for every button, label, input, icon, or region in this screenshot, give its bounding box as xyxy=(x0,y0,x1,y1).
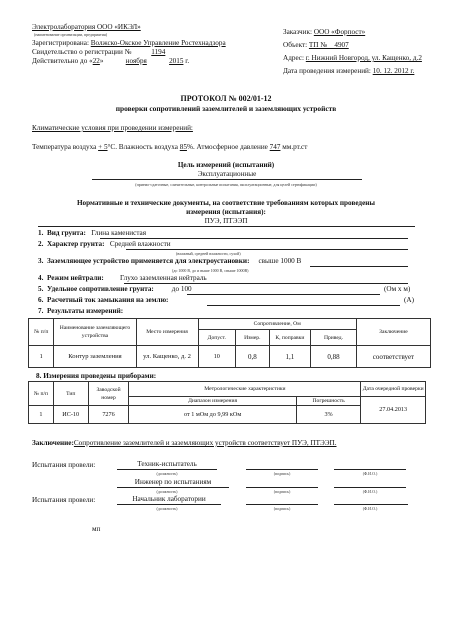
col-allowed: Допуст. xyxy=(198,330,236,346)
item-5-unit: (Ом х м) xyxy=(384,285,410,293)
item-3-caption: (до 1000 В, до и выше 1000 В, свыше 1000… xyxy=(172,268,249,273)
item-1-underline xyxy=(100,238,408,239)
sign-position-2: Инженер по испытаниям xyxy=(117,478,229,486)
cell-allowed: 10 xyxy=(198,346,236,368)
col-inst-type: Тип xyxy=(53,382,88,406)
sign-name-caption-2: (Ф.И.О.) xyxy=(334,489,406,494)
stamp-mark: мп xyxy=(92,525,100,533)
cell-inst-num: 1 xyxy=(29,406,54,424)
purpose-heading: Цель измерений (испытаний) xyxy=(0,161,452,169)
valid-line: Действительно до «22» ноября 2015 г. xyxy=(32,57,189,65)
sign-signature-line-2[interactable] xyxy=(246,487,318,488)
item-7-label: Результаты измерений: xyxy=(47,307,123,315)
conclusion-value: Сопротивление заземлителей и заземляющих… xyxy=(74,439,337,447)
date-value: 10. 12. 2012 г. xyxy=(373,67,415,75)
protocol-subtitle: проверки сопротивлений заземлителей и за… xyxy=(0,104,452,113)
valid-year: 2015 xyxy=(169,57,183,65)
item-4-underline xyxy=(124,283,408,284)
valid-label: Действительно до « xyxy=(32,57,93,65)
item-6-num: 6. xyxy=(38,296,43,304)
address-label: Адрес: xyxy=(283,54,306,62)
temp-unit: °С. Влажность воздуха xyxy=(108,143,178,151)
date-line: Дата проведения измерений: 10. 12. 2012 … xyxy=(283,67,414,75)
cell-inst-serial: 7276 xyxy=(88,406,129,424)
item-6-underline xyxy=(207,305,400,306)
customer-value: ООО «Форпост» xyxy=(314,28,365,36)
item-2-label: Характер грунта: xyxy=(47,240,105,248)
col-inst-num: № п/п xyxy=(29,382,54,406)
item-1-num: 1. xyxy=(38,229,43,237)
cell-coef: 1,1 xyxy=(269,346,311,368)
customer-line: Заказчик: ООО «Форпост» xyxy=(283,28,365,36)
registered-line: Зарегистрирована: Волжско-Окское Управле… xyxy=(32,39,226,47)
sign-position-2-line xyxy=(117,487,229,488)
norms-heading-2: измерения (испытания): xyxy=(0,208,452,216)
col-coef: К, поправки xyxy=(269,330,311,346)
cell-place: ул. Кащенко, д. 2 xyxy=(136,346,198,368)
sign-label-1: Испытания провели: xyxy=(32,461,95,469)
address-line: Адрес: г. Нижний Новгород, ул. Кащенко, … xyxy=(283,54,422,62)
item-5-label: Удельное сопротивление грунта: xyxy=(47,285,154,293)
item-5-underline xyxy=(187,294,380,295)
sign-label-3: Испытания провели: xyxy=(32,496,95,504)
valid-mid: » xyxy=(100,57,104,65)
lab-name: Электролаборатория ООО «ИКЭЛ» xyxy=(32,23,141,31)
conclusion-line: Заключение:Сопротивление заземлителей и … xyxy=(32,439,337,447)
col-num: № п/п xyxy=(29,319,54,346)
sign-position-3-line xyxy=(117,504,221,505)
certificate-label: Свидетельство о регистрации № xyxy=(32,48,132,56)
item-3-label: Заземляющее устройство применяется для э… xyxy=(47,257,249,265)
conclusion-label: Заключение: xyxy=(32,439,74,447)
lab-caption: (наименование организации, предприятия) xyxy=(34,32,107,37)
col-inst-serial: Заводской номер xyxy=(88,382,129,406)
norms-value: ПУЭ, ПТЭЭП xyxy=(0,217,452,225)
norms-heading-1: Нормативные и технические документы, на … xyxy=(0,199,452,207)
item-5-value: до 100 xyxy=(172,285,192,293)
sign-signature-caption-1: (подпись) xyxy=(246,471,318,476)
col-place: Место измерения xyxy=(136,319,198,346)
cell-inst-type: ИС-10 xyxy=(53,406,88,424)
customer-label: Заказчик: xyxy=(283,28,314,36)
pressure-unit: мм.рт.ст xyxy=(282,143,307,151)
item-7-num: 7. xyxy=(38,307,43,315)
cell-measured: 0,8 xyxy=(236,346,270,368)
sign-signature-caption-3: (подпись) xyxy=(246,506,318,511)
purpose-value: Эксплуатационные xyxy=(92,170,362,178)
object-value: ТП № 4907 xyxy=(309,41,349,49)
sign-position-1-line xyxy=(117,469,217,470)
sign-position-caption-3: (должность) xyxy=(117,506,217,511)
cell-error: 3% xyxy=(296,406,361,424)
item-3-underline xyxy=(310,266,408,267)
certificate-value: 1194 xyxy=(133,48,183,56)
cell-reduced: 0,88 xyxy=(311,346,357,368)
object-label: Объект: xyxy=(283,41,309,49)
sign-name-line-1[interactable] xyxy=(334,469,406,470)
climate-heading: Климатические условия при проведении изм… xyxy=(32,124,193,132)
sign-name-caption-3: (Ф.И.О.) xyxy=(334,506,406,511)
item-5: 5. Удельное сопротивление грунта: до 100 xyxy=(38,285,192,293)
item-1-value: Глина каменистая xyxy=(91,229,146,237)
col-metrology: Метрологические характеристики xyxy=(129,382,361,397)
item-6-unit: (А) xyxy=(404,296,414,304)
cell-num: 1 xyxy=(29,346,54,368)
valid-suffix: г. xyxy=(185,57,189,65)
climate-line: Температура воздуха + 5°С. Влажность воз… xyxy=(32,143,307,151)
date-label: Дата проведения измерений: xyxy=(283,67,373,75)
col-next-check: Дата очередной проверки xyxy=(361,382,426,397)
valid-day: 22 xyxy=(93,57,100,65)
valid-month: ноября xyxy=(105,57,167,65)
sign-signature-line-1[interactable] xyxy=(246,469,318,470)
results-table: № п/п Наименование заземляющего устройст… xyxy=(28,318,431,368)
cell-conclusion: соответствует xyxy=(356,346,430,368)
item-3-num: 3. xyxy=(38,257,43,265)
sign-position-caption-1: (должность) xyxy=(117,471,217,476)
temp-label: Температура воздуха xyxy=(32,143,96,151)
item-6-label: Расчетный ток замыкания на землю: xyxy=(47,296,168,304)
cell-next-check: 27.04.2013 xyxy=(361,397,426,424)
instruments-table: № п/п Тип Заводской номер Метрологически… xyxy=(28,381,426,424)
item-4: 4. Режим нейтрали: Глухо заземленная ней… xyxy=(38,274,207,282)
sign-name-line-3[interactable] xyxy=(334,504,408,505)
item-5-num: 5. xyxy=(38,285,43,293)
col-measured: Измер. xyxy=(236,330,270,346)
sign-signature-line-3[interactable] xyxy=(246,504,318,505)
humidity-unit: %. Атмосферное давление xyxy=(187,143,268,151)
certificate-line: Свидетельство о регистрации № 1194 xyxy=(32,48,183,56)
col-reduced: Привед. xyxy=(311,330,357,346)
pressure-value: 747 xyxy=(270,143,281,151)
sign-position-caption-2: (должность) xyxy=(117,489,217,494)
item-4-num: 4. xyxy=(38,274,43,282)
sign-signature-caption-2: (подпись) xyxy=(246,489,318,494)
item-6: 6. Расчетный ток замыкания на землю: xyxy=(38,296,168,304)
sign-position-1: Техник-испытатель xyxy=(117,460,217,468)
cell-name: Контур заземления xyxy=(54,346,136,368)
col-range: Диапазон измерения xyxy=(129,397,296,406)
object-line: Объект: ТП № 4907 xyxy=(283,41,349,49)
item-3-value: свыше 1000 В xyxy=(258,257,301,265)
item-2: 2. Характер грунта: Средней влажности xyxy=(38,240,171,248)
col-name: Наименование заземляющего устройства xyxy=(54,319,136,346)
purpose-underline xyxy=(92,179,362,180)
purpose-caption: (приемо-сдаточные, сличительные, контрол… xyxy=(0,182,452,187)
item-4-label: Режим нейтрали: xyxy=(47,274,104,282)
item-1: 1. Вид грунта: Глина каменистая xyxy=(38,229,146,237)
col-resistance: Сопротивление, Ом xyxy=(198,319,356,330)
table-row: 1 Контур заземления ул. Кащенко, д. 2 10… xyxy=(29,346,431,368)
item-7: 7. Результаты измерений: xyxy=(38,307,123,315)
item-2-num: 2. xyxy=(38,240,43,248)
address-value: г. Нижний Новгород, ул. Кащенко, д.2 xyxy=(306,54,422,62)
protocol-title: ПРОТОКОЛ № 002/01-12 xyxy=(0,94,452,103)
col-conclusion: Заключение xyxy=(356,319,430,346)
norms-underline xyxy=(38,226,415,227)
humidity-value: 85 xyxy=(180,143,187,151)
sign-name-line-2[interactable] xyxy=(334,487,406,488)
temp-value: + 5 xyxy=(98,143,107,151)
item-4-value: Глухо заземленная нейтраль xyxy=(120,274,207,282)
sign-name-caption-1: (Ф.И.О.) xyxy=(334,471,406,476)
cell-range: от 1 мОм до 9,99 кОм xyxy=(129,406,296,424)
registered-value: Волжско-Окское Управление Ростехнадзора xyxy=(91,39,226,47)
item-3: 3. Заземляющее устройство применяется дл… xyxy=(38,257,301,265)
registered-label: Зарегистрирована: xyxy=(32,39,91,47)
item-1-label: Вид грунта: xyxy=(47,229,86,237)
sign-position-3: Начальник лаборатории xyxy=(117,495,221,503)
item-2-caption: (влажный, средней влажности, сухой) xyxy=(176,251,241,256)
col-error: Погрешность xyxy=(296,397,361,406)
instruments-heading: 8. Измерения проведены приборами: xyxy=(36,372,156,380)
item-2-value: Средней влажности xyxy=(110,240,171,248)
item-2-underline xyxy=(126,249,408,250)
